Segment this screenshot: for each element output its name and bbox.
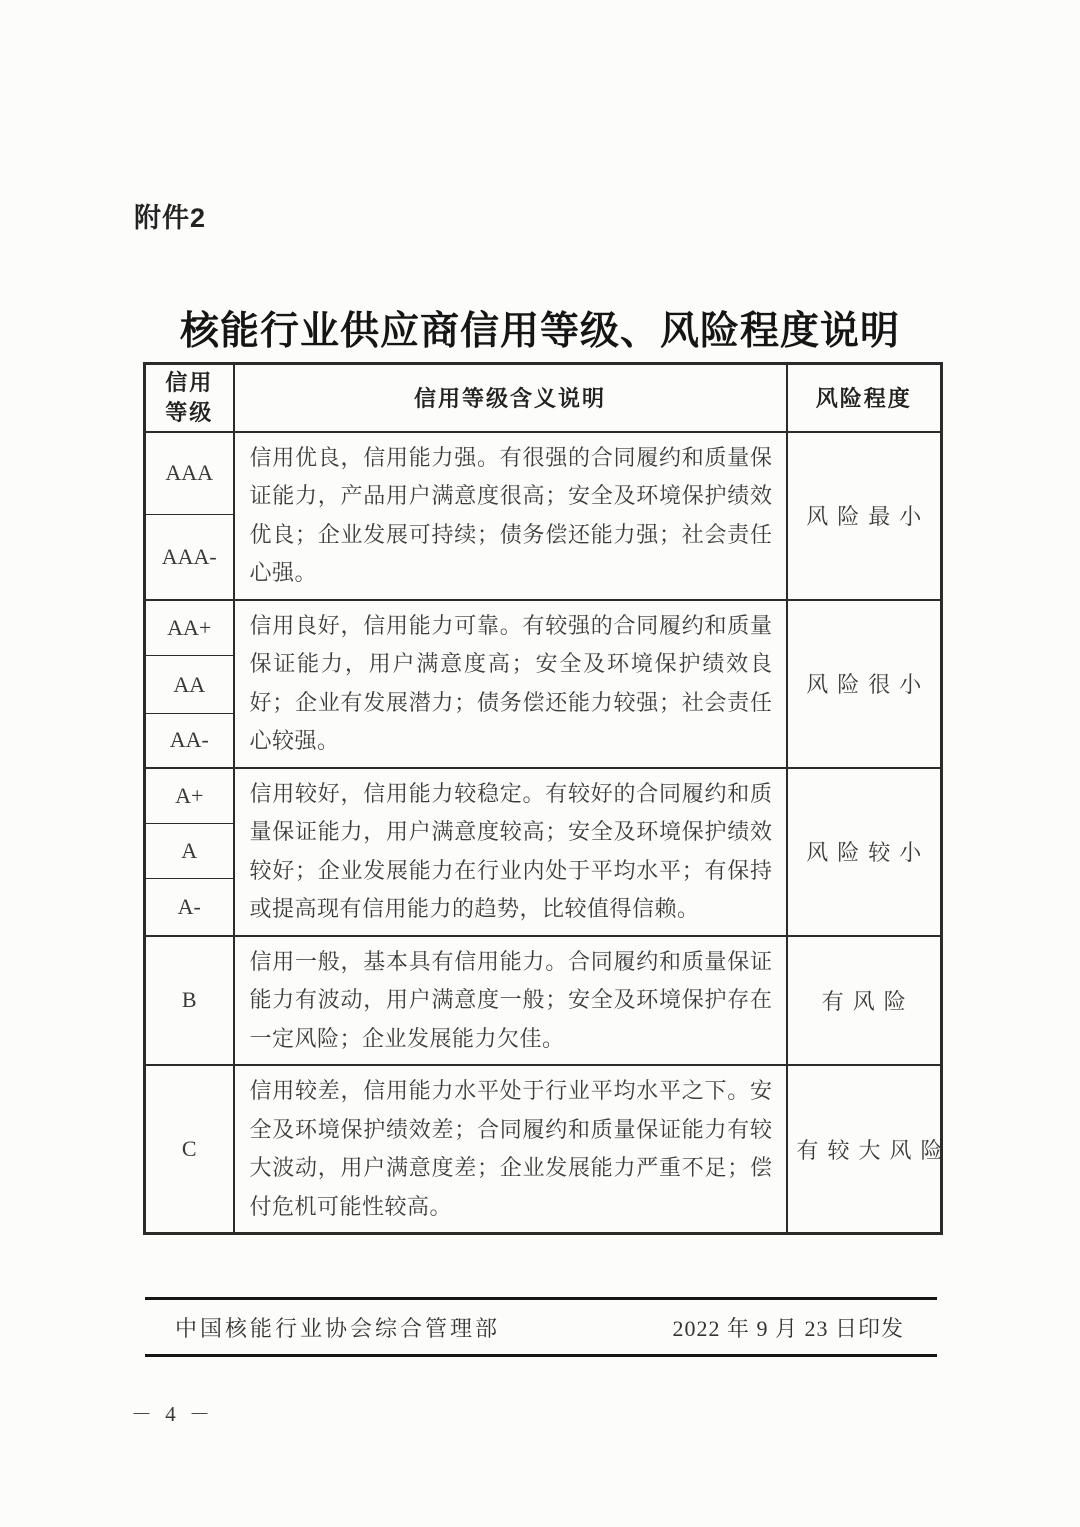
grade-cell-aaa: AAA xyxy=(145,432,234,515)
risk-cell-aaa: 风险最小 xyxy=(787,432,942,600)
header-credit-grade-line2: 等级 xyxy=(146,398,233,428)
risk-cell-a: 风险较小 xyxy=(787,768,942,936)
table-header-row: 信用 等级 信用等级含义说明 风险程度 xyxy=(145,364,942,432)
header-meaning: 信用等级含义说明 xyxy=(234,364,787,432)
risk-cell-aa: 风险很小 xyxy=(787,600,942,768)
meaning-cell-a: 信用较好，信用能力较稳定。有较好的合同履约和质量保证能力，用户满意度较高；安全及… xyxy=(234,768,787,936)
grade-cell-aa-minus: AA- xyxy=(145,713,234,767)
meaning-cell-aaa: 信用优良，信用能力强。有很强的合同履约和质量保证能力，产品用户满意度很高；安全及… xyxy=(234,432,787,600)
grade-cell-aa-plus: AA+ xyxy=(145,600,234,656)
header-credit-grade-line1: 信用 xyxy=(146,368,233,398)
page-number: － 4 － xyxy=(131,1398,214,1428)
grade-cell-a-plus: A+ xyxy=(145,768,234,824)
footer-issuer: 中国核能行业协会综合管理部 xyxy=(175,1312,500,1343)
issuance-footer: 中国核能行业协会综合管理部 2022 年 9 月 23 日印发 xyxy=(145,1297,937,1357)
risk-cell-b: 有风险 xyxy=(787,936,942,1066)
meaning-cell-b: 信用一般，基本具有信用能力。合同履约和质量保证能力有波动，用户满意度一般；安全及… xyxy=(234,936,787,1066)
header-risk: 风险程度 xyxy=(787,364,942,432)
footer-row: 中国核能行业协会综合管理部 2022 年 9 月 23 日印发 xyxy=(145,1300,937,1354)
table-row: AA+ 信用良好，信用能力可靠。有较强的合同履约和质量保证能力，用户满意度高；安… xyxy=(145,600,942,656)
risk-cell-c: 有较大风险 xyxy=(787,1065,942,1234)
credit-rating-table: 信用 等级 信用等级含义说明 风险程度 AAA 信用优良，信用能力强。有很强的合… xyxy=(143,362,943,1235)
table-row: AAA 信用优良，信用能力强。有很强的合同履约和质量保证能力，产品用户满意度很高… xyxy=(145,432,942,515)
attachment-label: 附件2 xyxy=(134,196,206,235)
grade-cell-c: C xyxy=(145,1065,234,1234)
grade-cell-a-minus: A- xyxy=(145,879,234,936)
grade-cell-aa: AA xyxy=(145,656,234,713)
meaning-cell-c: 信用较差，信用能力水平处于行业平均水平之下。安全及环境保护绩效差；合同履约和质量… xyxy=(234,1065,787,1234)
table-row: B 信用一般，基本具有信用能力。合同履约和质量保证能力有波动，用户满意度一般；安… xyxy=(145,936,942,1066)
footer-issue-date: 2022 年 9 月 23 日印发 xyxy=(672,1312,904,1343)
header-credit-grade: 信用 等级 xyxy=(145,364,234,432)
grade-cell-aaa-minus: AAA- xyxy=(145,515,234,600)
document-page: 附件2 核能行业供应商信用等级、风险程度说明 信用 等级 信用等级含义说明 风险… xyxy=(0,0,1080,1527)
meaning-cell-aa: 信用良好，信用能力可靠。有较强的合同履约和质量保证能力，用户满意度高；安全及环境… xyxy=(234,600,787,768)
page-title: 核能行业供应商信用等级、风险程度说明 xyxy=(0,300,1080,356)
footer-rule-bottom xyxy=(145,1354,937,1357)
grade-cell-b: B xyxy=(145,936,234,1066)
table-row: C 信用较差，信用能力水平处于行业平均水平之下。安全及环境保护绩效差；合同履约和… xyxy=(145,1065,942,1234)
grade-cell-a: A xyxy=(145,823,234,879)
table-row: A+ 信用较好，信用能力较稳定。有较好的合同履约和质量保证能力，用户满意度较高；… xyxy=(145,768,942,824)
